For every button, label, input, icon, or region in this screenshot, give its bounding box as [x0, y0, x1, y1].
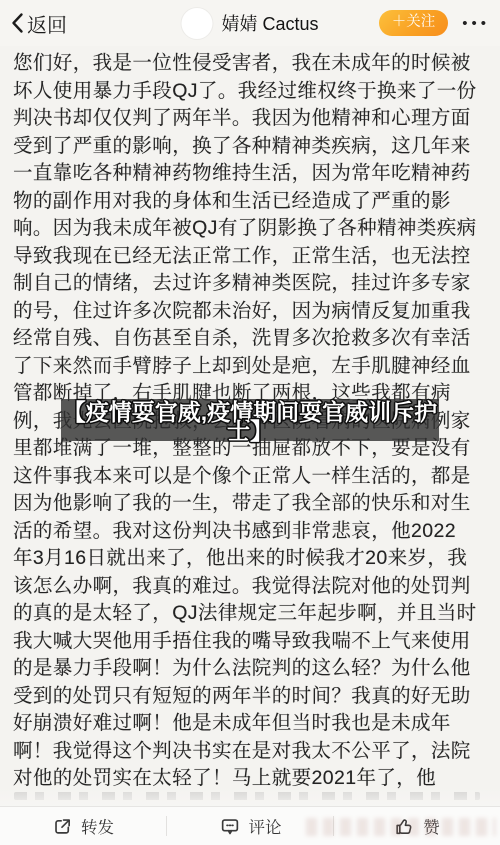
header-right: ＋关注 ••• [379, 0, 492, 46]
repost-icon [52, 816, 73, 837]
caption-overlay: 【疫情耍官威,疫情期间耍官威训斥护士】 [61, 399, 439, 441]
comment-icon [219, 816, 241, 837]
more-options-icon[interactable]: ••• [460, 11, 492, 36]
caption-overlay-text: 【疫情耍官威,疫情期间耍官威训斥护士】 [61, 399, 439, 441]
avatar[interactable] [181, 8, 212, 39]
repost-label: 转发 [81, 814, 114, 838]
action-bar: 转发 评论 赞 [0, 806, 500, 845]
header-bar: 返回 婧婧 Cactus ＋关注 ••• [0, 0, 500, 46]
like-label: 赞 [423, 814, 440, 838]
user-info: 婧婧 Cactus [181, 0, 318, 46]
chevron-left-icon [10, 12, 25, 34]
username: 婧婧 Cactus [221, 10, 318, 36]
thumbs-up-icon [394, 816, 415, 837]
follow-button[interactable]: ＋关注 [379, 10, 449, 36]
weibo-post-screen: 返回 婧婧 Cactus ＋关注 ••• 您们好，我是一位性侵受害者，我在未成年… [0, 0, 500, 845]
back-label: 返回 [27, 9, 67, 38]
like-button[interactable]: 赞 [334, 807, 500, 845]
comment-label: 评论 [249, 814, 282, 838]
post-scroll-area[interactable]: 您们好，我是一位性侵受害者，我在未成年的时候被 坏人使用暴力手段QJ了。我经过维… [0, 46, 500, 807]
clipped-text-line [14, 792, 480, 800]
comment-button[interactable]: 评论 [167, 807, 333, 845]
repost-button[interactable]: 转发 [0, 807, 166, 845]
back-button[interactable]: 返回 [10, 0, 67, 46]
